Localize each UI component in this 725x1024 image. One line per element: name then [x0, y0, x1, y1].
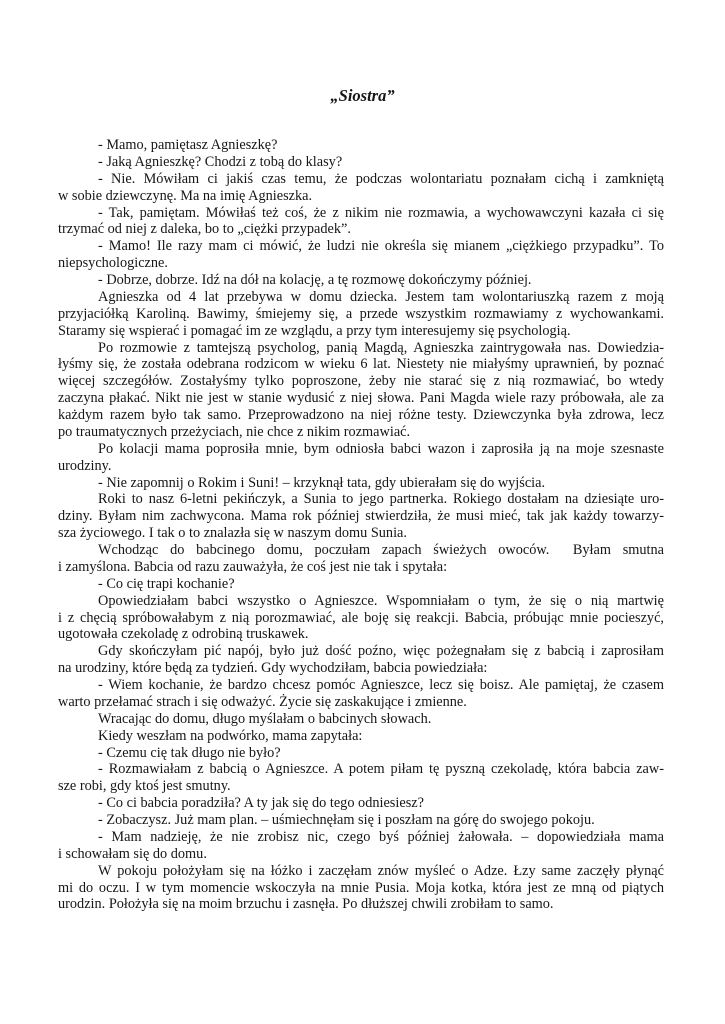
text-line: - Mamo! Ile razy mam ci mówić, że ludzi … — [58, 238, 664, 255]
page-title: „Siostra” — [0, 87, 725, 105]
text-line: - Nie. Mówiłam ci jakiś czas temu, że po… — [58, 171, 664, 188]
paragraph: Roki to nasz 6-letni pekińczyk, a Sunia … — [58, 491, 664, 542]
text-line: - Mam nadzieję, że nie zrobisz nic, czeg… — [58, 829, 664, 846]
text-line: i schowałam się do domu. — [58, 846, 664, 863]
text-line: dziny. Byłam nim zachwycona. Mama rok pó… — [58, 508, 664, 525]
text-line: urodzin. Położyła się na moim brzuchu i … — [58, 896, 664, 913]
text-line: Opowiedziałam babci wszystko o Agnieszce… — [58, 593, 664, 610]
paragraph: - Rozmawiałam z babcią o Agnieszce. A po… — [58, 761, 664, 795]
paragraph: Po kolacji mama poprosiła mnie, bym odni… — [58, 441, 664, 475]
text-line: przyjaciółką Karoliną. Bawimy, śmiejemy … — [58, 306, 664, 323]
text-line: - Nie zapomnij o Rokim i Suni! – krzykną… — [58, 475, 664, 492]
document-body: - Mamo, pamiętasz Agnieszkę?- Jaką Agnie… — [58, 137, 664, 913]
paragraph: - Jaką Agnieszkę? Chodzi z tobą do klasy… — [58, 154, 664, 171]
text-line: Kiedy weszłam na podwórko, mama zapytała… — [58, 728, 664, 745]
paragraph: - Nie zapomnij o Rokim i Suni! – krzykną… — [58, 475, 664, 492]
text-line: Po kolacji mama poprosiła mnie, bym odni… — [58, 441, 664, 458]
text-line: Po rozmowie z tamtejszą psycholog, panią… — [58, 340, 664, 357]
text-line: niepsychologiczne. — [58, 255, 664, 272]
paragraph: - Tak, pamiętam. Mówiłaś też coś, że z n… — [58, 205, 664, 239]
text-line: - Dobrze, dobrze. Idź na dół na kolację,… — [58, 272, 664, 289]
text-line: łyśmy się, że została odebrana rodzicom … — [58, 356, 664, 373]
paragraph: - Mam nadzieję, że nie zrobisz nic, czeg… — [58, 829, 664, 863]
text-line: - Mamo, pamiętasz Agnieszkę? — [58, 137, 664, 154]
text-line: zaczyna płakać. Nikt nie jest w stanie w… — [58, 390, 664, 407]
text-line: sza życiowego. I tak o to znalazła się w… — [58, 525, 664, 542]
text-line: - Rozmawiałam z babcią o Agnieszce. A po… — [58, 761, 664, 778]
text-line: na urodziny, które będą za tydzień. Gdy … — [58, 660, 664, 677]
text-line: mi do oczu. I w tym momencie wskoczyła n… — [58, 880, 664, 897]
paragraph: Opowiedziałam babci wszystko o Agnieszce… — [58, 593, 664, 644]
text-line: - Co cię trapi kochanie? — [58, 576, 664, 593]
paragraph: - Mamo, pamiętasz Agnieszkę? — [58, 137, 664, 154]
paragraph: - Mamo! Ile razy mam ci mówić, że ludzi … — [58, 238, 664, 272]
paragraph: - Wiem kochanie, że bardzo chcesz pomóc … — [58, 677, 664, 711]
paragraph: - Zobaczysz. Już mam plan. – uśmiechnęła… — [58, 812, 664, 829]
text-line: sze robi, gdy ktoś jest smutny. — [58, 778, 664, 795]
text-line: ugotowała czekoladę z odrobiną truskawek… — [58, 626, 664, 643]
text-line: - Tak, pamiętam. Mówiłaś też coś, że z n… — [58, 205, 664, 222]
paragraph: - Co ci babcia poradziła? A ty jak się d… — [58, 795, 664, 812]
text-line: - Czemu cię tak długo nie było? — [58, 745, 664, 762]
text-line: Wracając do domu, długo myślałam o babci… — [58, 711, 664, 728]
text-line: każdym razem było tak samo. Przeprowadzo… — [58, 407, 664, 424]
text-line: - Zobaczysz. Już mam plan. – uśmiechnęła… — [58, 812, 664, 829]
text-line: - Wiem kochanie, że bardzo chcesz pomóc … — [58, 677, 664, 694]
text-line: Gdy skończyłam pić napój, było już dość … — [58, 643, 664, 660]
text-line: Staramy się wspierać i pomagać im ze wzg… — [58, 323, 664, 340]
paragraph: Gdy skończyłam pić napój, było już dość … — [58, 643, 664, 677]
paragraph: Wracając do domu, długo myślałam o babci… — [58, 711, 664, 728]
text-line: Agnieszka od 4 lat przebywa w domu dziec… — [58, 289, 664, 306]
document-page: „Siostra” - Mamo, pamiętasz Agnieszkę?- … — [0, 0, 725, 1024]
text-line: urodziny. — [58, 458, 664, 475]
text-line: - Jaką Agnieszkę? Chodzi z tobą do klasy… — [58, 154, 664, 171]
text-line: W pokoju położyłam się na łóżko i zaczęł… — [58, 863, 664, 880]
text-line: - Co ci babcia poradziła? A ty jak się d… — [58, 795, 664, 812]
paragraph: Agnieszka od 4 lat przebywa w domu dziec… — [58, 289, 664, 340]
text-line: i z chęcią spróbowałabym z nią porozmawi… — [58, 610, 664, 627]
paragraph: Po rozmowie z tamtejszą psycholog, panią… — [58, 340, 664, 441]
text-line: Roki to nasz 6-letni pekińczyk, a Sunia … — [58, 491, 664, 508]
paragraph: - Dobrze, dobrze. Idź na dół na kolację,… — [58, 272, 664, 289]
text-line: Wchodząc do babcinego domu, poczułam zap… — [58, 542, 664, 559]
text-line: trzymać od niej z daleka, bo to „ciężki … — [58, 221, 664, 238]
text-line: po traumatycznych przeżyciach, nie chce … — [58, 424, 664, 441]
text-line: więcej szczegółów. Zostałyśmy tylko popr… — [58, 373, 664, 390]
paragraph: - Nie. Mówiłam ci jakiś czas temu, że po… — [58, 171, 664, 205]
text-line: i zamyślona. Babcia od razu zauważyła, ż… — [58, 559, 664, 576]
paragraph: - Czemu cię tak długo nie było? — [58, 745, 664, 762]
paragraph: Wchodząc do babcinego domu, poczułam zap… — [58, 542, 664, 576]
text-line: w sobie dziewczynę. Ma na imię Agnieszka… — [58, 188, 664, 205]
text-line: warto przełamać strach i się odważyć. Ży… — [58, 694, 664, 711]
paragraph: Kiedy weszłam na podwórko, mama zapytała… — [58, 728, 664, 745]
paragraph: - Co cię trapi kochanie? — [58, 576, 664, 593]
paragraph: W pokoju położyłam się na łóżko i zaczęł… — [58, 863, 664, 914]
